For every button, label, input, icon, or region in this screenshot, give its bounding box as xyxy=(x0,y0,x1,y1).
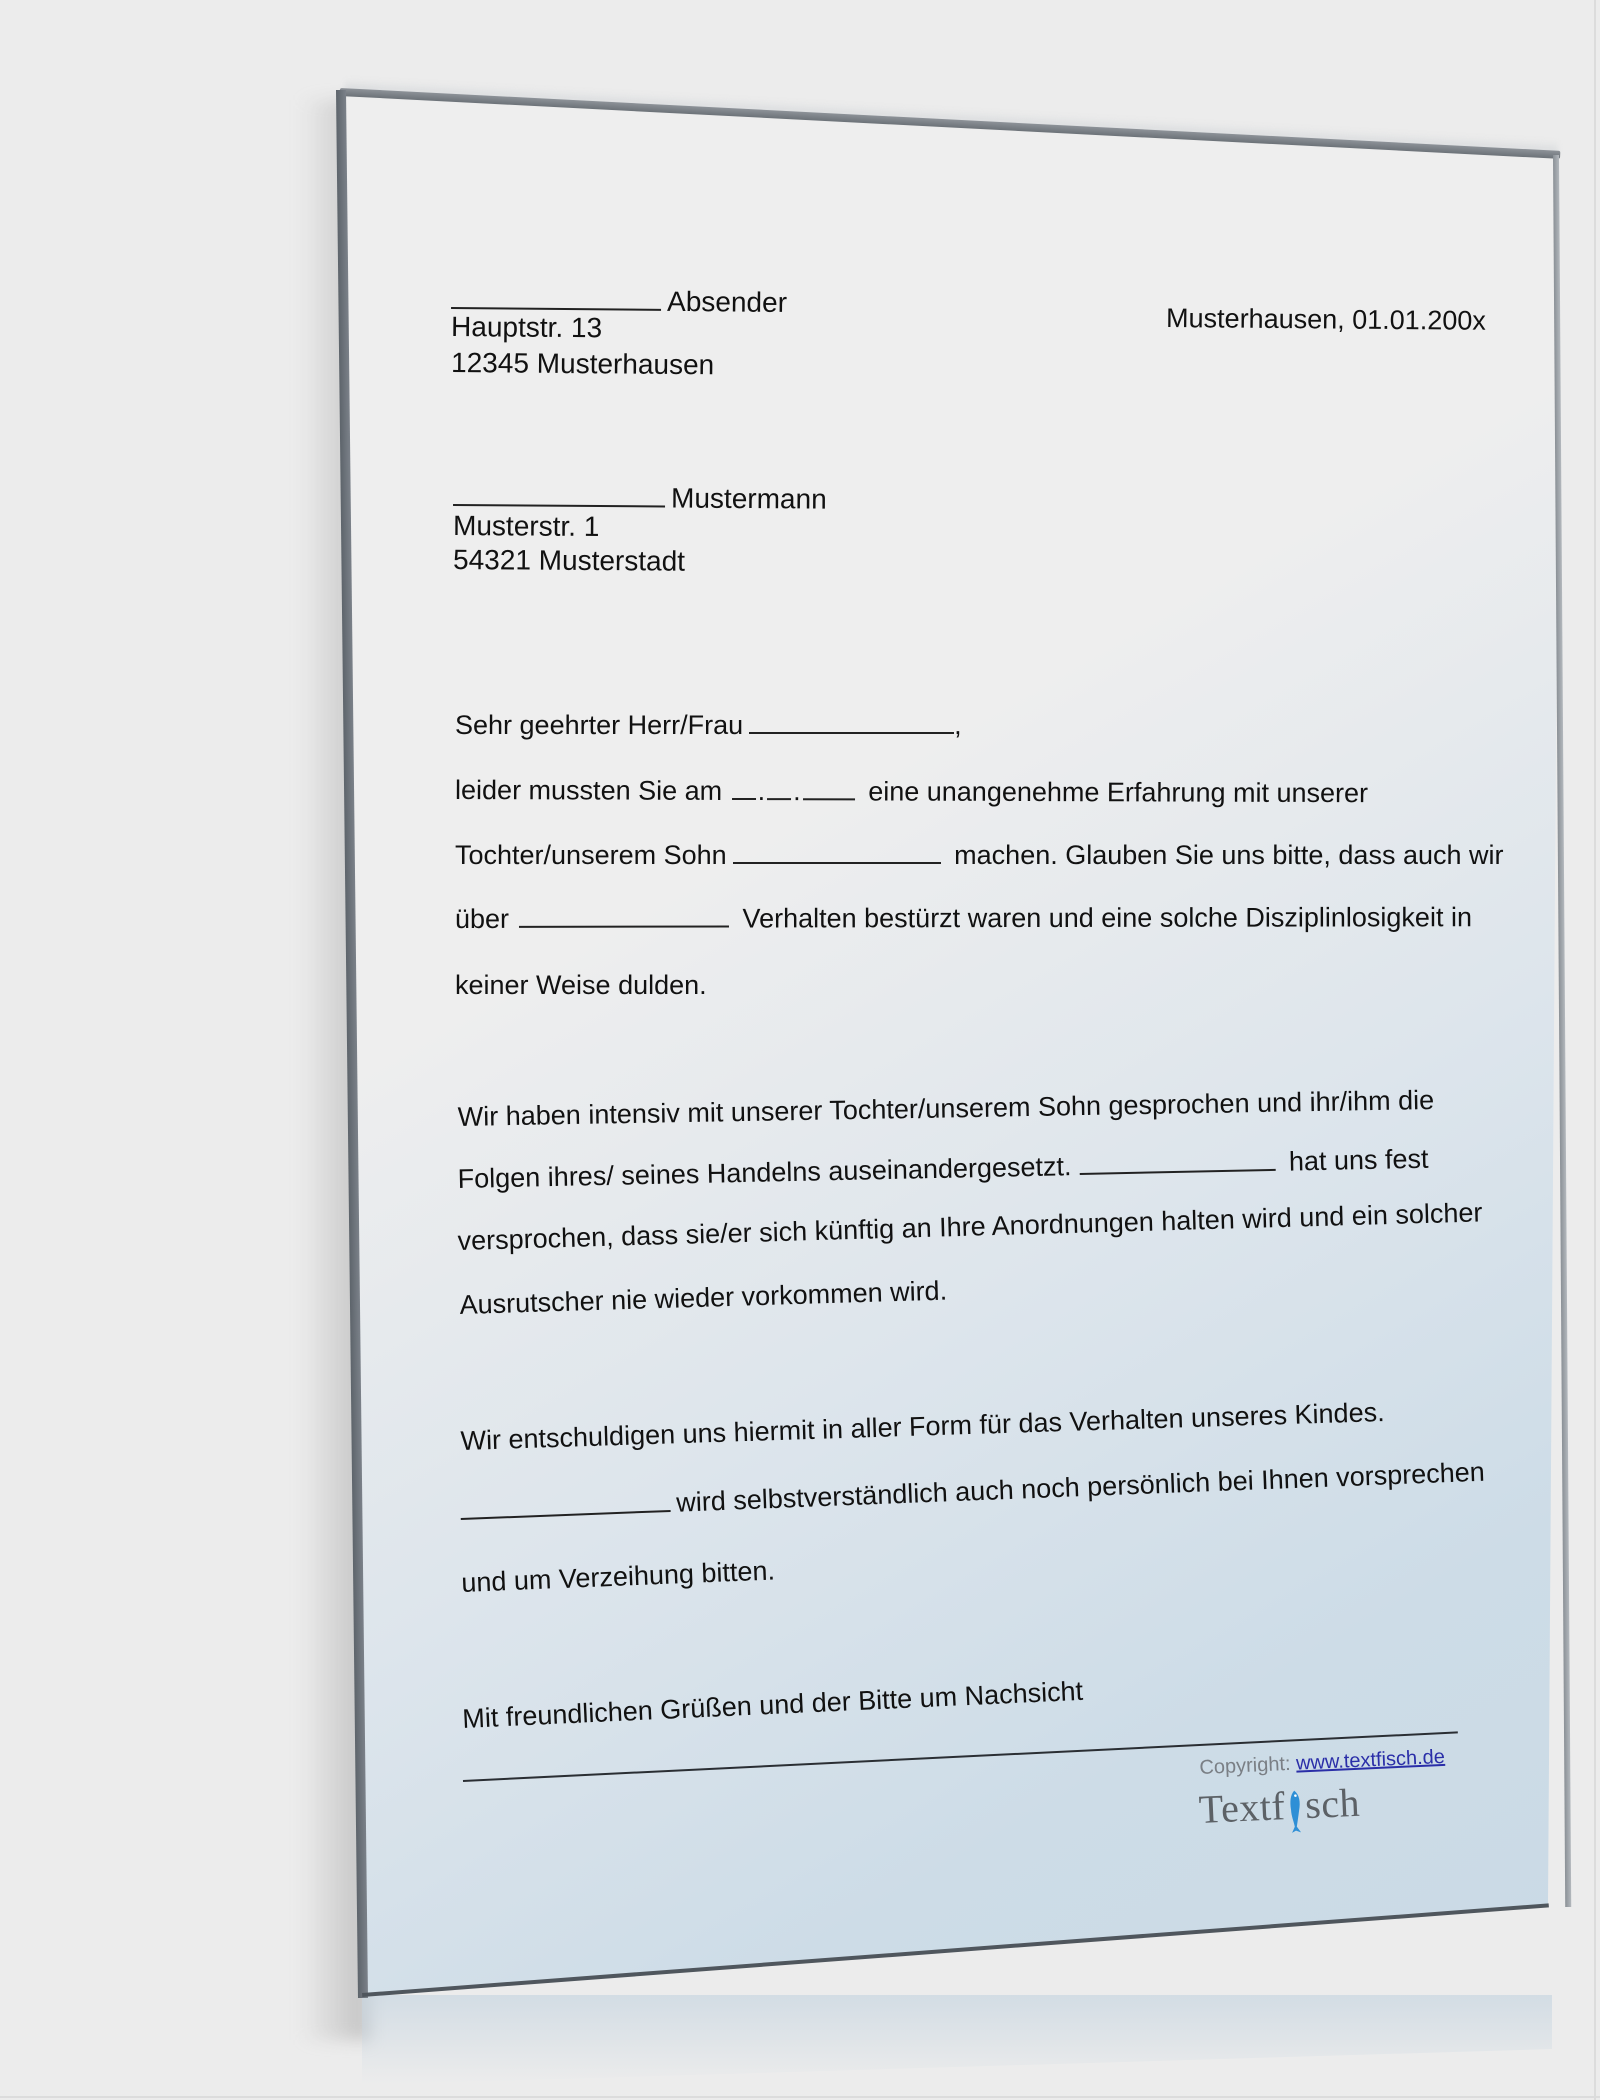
recipient-name-label: Mustermann xyxy=(671,483,827,515)
recipient-city: 54321 Musterstadt xyxy=(453,546,685,576)
fish-icon xyxy=(1285,1788,1305,1829)
sender-city: 12345 Musterhausen xyxy=(451,349,714,379)
page-right-edge xyxy=(1553,155,1571,1907)
child-possessive-blank xyxy=(519,925,729,928)
p1-line1-text-a: leider mussten Sie am xyxy=(455,775,722,806)
paragraph1-line1: leider mussten Sie am .. eine unangenehm… xyxy=(455,777,1368,807)
p1-line2-text-a: Tochter/unserem Sohn xyxy=(455,840,727,870)
sender-name-blank xyxy=(451,306,661,311)
p2-line2-text-b: hat uns fest xyxy=(1289,1144,1429,1177)
place-date: Musterhausen, 01.01.200x xyxy=(1166,305,1486,335)
child-name-blank xyxy=(733,861,941,864)
paragraph1-line2: Tochter/unserem Sohn machen. Glauben Sie… xyxy=(455,842,1503,869)
date-day-blank xyxy=(732,797,756,800)
textfisch-logo: Textfsch xyxy=(1198,1779,1361,1833)
p1-line1-text-b: eine unangenehme Erfahrung mit unserer xyxy=(868,776,1368,808)
logo-text-after: sch xyxy=(1304,1780,1361,1827)
salutation-prefix: Sehr geehrter Herr/Frau xyxy=(455,710,743,740)
recipient-name-blank xyxy=(453,503,665,507)
logo-text-before: Textf xyxy=(1198,1783,1286,1832)
date-dot: . xyxy=(758,776,766,806)
p1-line3-text-a: über xyxy=(455,904,509,934)
p1-line2-text-b: machen. Glauben Sie uns bitte, dass auch… xyxy=(954,840,1503,870)
recipient-name-line: Mustermann xyxy=(453,483,827,514)
recipient-street: Musterstr. 1 xyxy=(453,512,599,541)
paragraph1-line3: über Verhalten bestürzt waren und eine s… xyxy=(455,904,1472,933)
date-month-blank xyxy=(767,797,791,800)
copyright-label: Copyright: xyxy=(1199,1753,1291,1779)
sender-name-label: Absender xyxy=(667,286,787,318)
date-dot: . xyxy=(793,776,801,806)
salutation: Sehr geehrter Herr/Frau, xyxy=(455,712,962,739)
p1-line3-text-b: Verhalten bestürzt waren und eine solche… xyxy=(743,902,1472,933)
salutation-name-blank xyxy=(749,731,954,734)
sender-street: Hauptstr. 13 xyxy=(451,313,602,342)
child-name-blank-2 xyxy=(1080,1168,1276,1175)
date-year-blank xyxy=(803,797,855,800)
document-mockup: Absender Hauptstr. 13 12345 Musterhausen… xyxy=(0,0,1600,2100)
paragraph1-line4: keiner Weise dulden. xyxy=(455,972,707,999)
salutation-comma: , xyxy=(954,710,962,740)
